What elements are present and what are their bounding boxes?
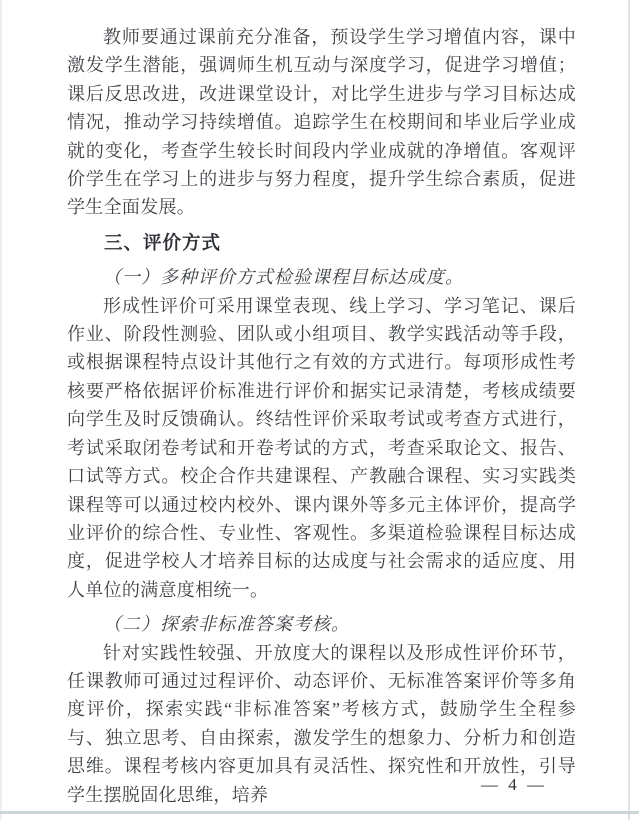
section-heading: 三、评价方式 xyxy=(67,229,576,257)
document-page: 教师要通过课前充分准备，预设学生学习增值内容，课中激发学生潜能，强调师生机互动与… xyxy=(0,0,639,820)
page-edge-right xyxy=(628,0,630,820)
page-edge-left xyxy=(0,0,2,820)
paragraph-evaluation-methods: 形成性评价可采用课堂表现、线上学习、学习笔记、课后作业、阶段性测验、团队或小组项… xyxy=(67,292,576,604)
subsection-heading-1: （一）多种评价方式检验课程目标达成度。 xyxy=(67,263,576,291)
page-edge-bottom xyxy=(0,811,639,814)
document-body: 教师要通过课前充分准备，预设学生学习增值内容，课中激发学生潜能，强调师生机互动与… xyxy=(67,23,576,809)
subsection-heading-2: （二）探索非标准答案考核。 xyxy=(67,610,576,638)
paragraph-intro: 教师要通过课前充分准备，预设学生学习增值内容，课中激发学生潜能，强调师生机互动与… xyxy=(67,23,576,222)
page-number: — 4 — xyxy=(481,773,547,797)
